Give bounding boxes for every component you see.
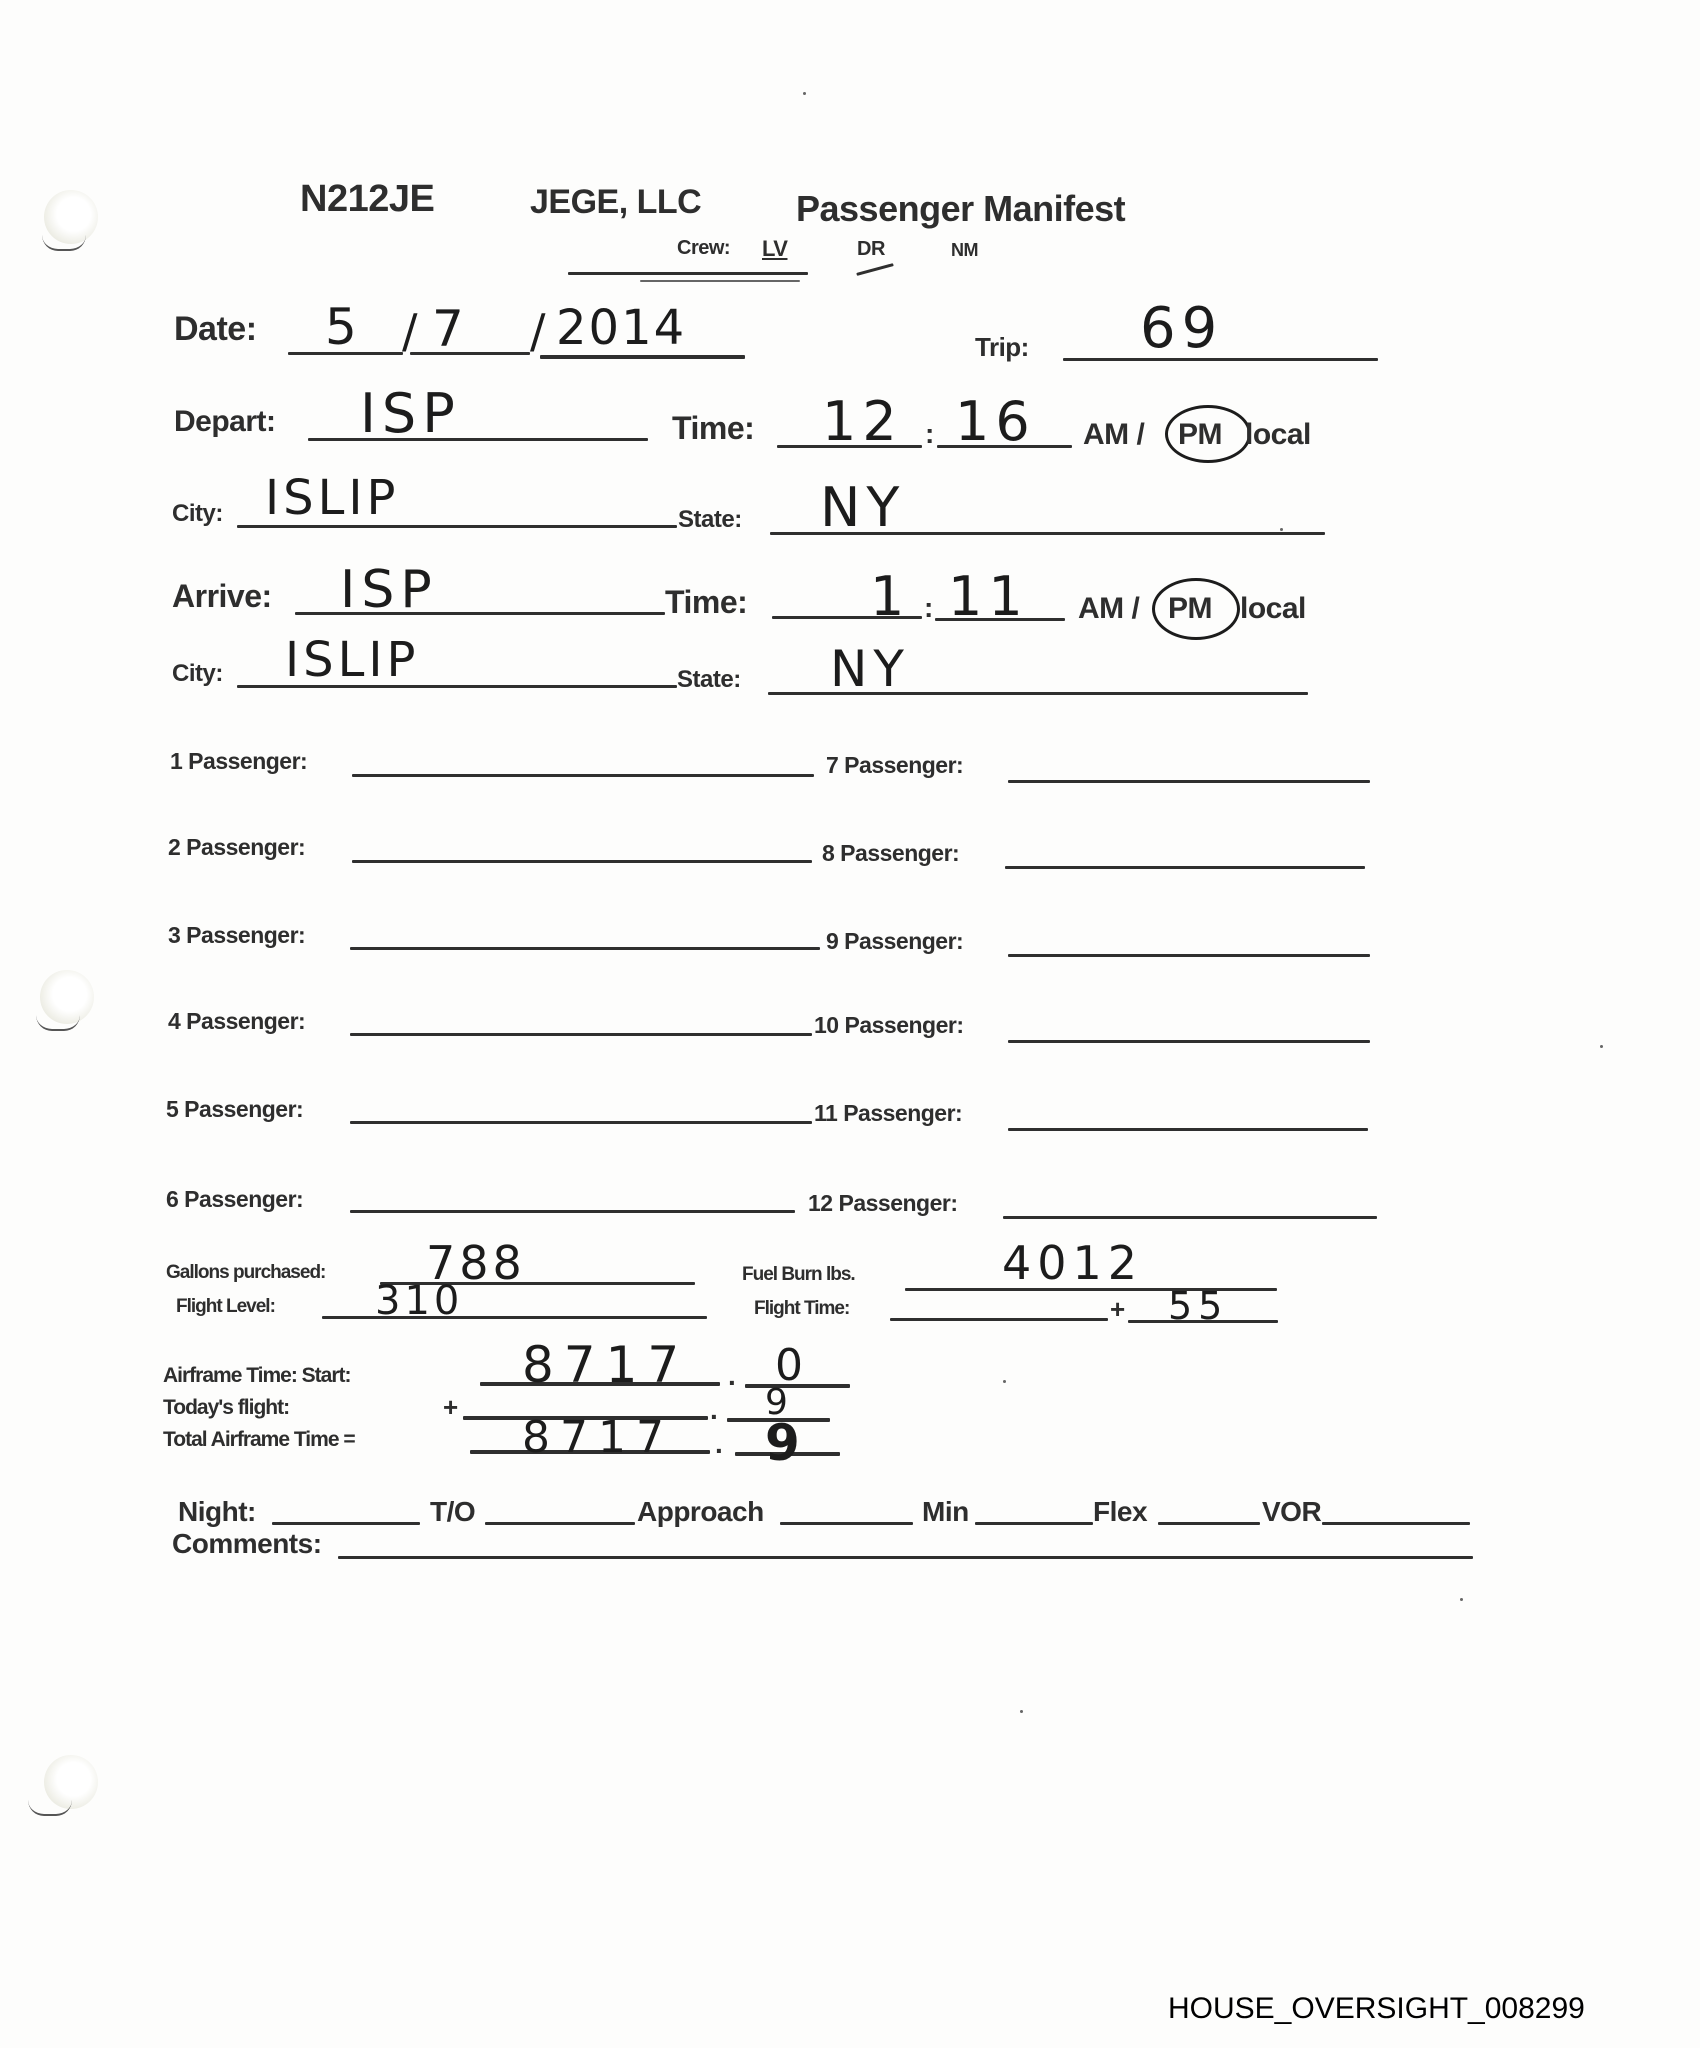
date-day-line: [410, 352, 530, 355]
passenger-1-label: 1 Passenger:: [170, 748, 307, 775]
flex-label: Flex: [1093, 1496, 1147, 1528]
crew-member-2: DR: [857, 238, 885, 261]
date-separator: /: [530, 304, 552, 358]
date-month-value: 5: [325, 298, 363, 356]
depart-value: ISP: [360, 382, 461, 445]
scan-speck: [1003, 1380, 1006, 1383]
passenger-1-field[interactable]: [352, 774, 814, 777]
arrive-time-colon: :: [924, 592, 933, 624]
passenger-9-label: 9 Passenger:: [826, 928, 963, 955]
trip-label: Trip:: [975, 332, 1029, 363]
arrive-time-label: Time:: [665, 584, 747, 621]
flight-time-hours-line: [890, 1318, 1108, 1321]
passenger-5-field[interactable]: [350, 1121, 812, 1124]
passenger-2-field[interactable]: [352, 860, 812, 863]
crew-check-mark: [856, 263, 893, 276]
passenger-2-label: 2 Passenger:: [168, 834, 305, 861]
todays-flight-label: Today's flight:: [163, 1396, 289, 1420]
crew-label: Crew:: [677, 237, 730, 260]
night-label: Night:: [178, 1496, 256, 1528]
fuel-burn-label: Fuel Burn lbs.: [742, 1264, 855, 1286]
arrive-city-label: City:: [172, 660, 223, 688]
arrive-am-option: AM /: [1078, 592, 1139, 626]
takeoff-label: T/O: [430, 1496, 475, 1528]
depart-state-value: NY: [820, 476, 905, 539]
night-field[interactable]: [272, 1522, 420, 1525]
passenger-6-field[interactable]: [350, 1210, 795, 1213]
gallons-label: Gallons purchased:: [166, 1262, 325, 1284]
passenger-11-field[interactable]: [1008, 1128, 1368, 1131]
depart-line: [308, 438, 648, 441]
depart-city-label: City:: [172, 500, 223, 528]
manifest-page: N212JE JEGE, LLC Passenger Manifest Crew…: [0, 0, 1700, 2048]
scan-speck: [1280, 528, 1283, 531]
arrive-state-value: NY: [830, 640, 910, 698]
arrive-minute-value: 11: [948, 565, 1029, 628]
airframe-start-whole-value: 8717: [522, 1336, 689, 1394]
depart-time-colon: :: [925, 418, 934, 450]
passenger-4-field[interactable]: [350, 1033, 812, 1036]
passenger-6-label: 6 Passenger:: [166, 1186, 303, 1213]
arrive-city-value: ISLIP: [285, 632, 419, 688]
scan-speck: [1460, 1598, 1463, 1601]
passenger-10-field[interactable]: [1008, 1040, 1370, 1043]
airframe-start-decimal: .: [728, 1360, 735, 1392]
approach-field[interactable]: [780, 1522, 913, 1525]
airframe-start-label: Airframe Time: Start:: [163, 1364, 351, 1388]
passenger-12-label: 12 Passenger:: [808, 1190, 957, 1217]
flight-time-minutes-value: 55: [1168, 1284, 1228, 1328]
flex-field[interactable]: [1158, 1522, 1260, 1525]
passenger-8-field[interactable]: [1005, 866, 1365, 869]
flight-level-label: Flight Level:: [176, 1296, 275, 1318]
hole-punch-shadow: [42, 235, 86, 251]
todays-flight-plus: +: [443, 1392, 458, 1423]
scan-speck: [1600, 1045, 1603, 1048]
passenger-3-field[interactable]: [350, 947, 820, 950]
depart-label: Depart:: [174, 405, 276, 439]
fuel-burn-value: 4012: [1002, 1236, 1143, 1290]
depart-time-label: Time:: [672, 410, 754, 447]
depart-minute-value: 16: [955, 390, 1036, 453]
depart-am-option: AM /: [1083, 418, 1144, 452]
vor-field[interactable]: [1322, 1522, 1470, 1525]
passenger-3-label: 3 Passenger:: [168, 922, 305, 949]
crew-member-3: NM: [951, 240, 978, 261]
takeoff-field[interactable]: [485, 1522, 635, 1525]
flight-level-value: 310: [375, 1278, 463, 1324]
bates-number: HOUSE_OVERSIGHT_008299: [1168, 1992, 1585, 2026]
depart-hour-value: 12: [822, 390, 903, 453]
passenger-4-label: 4 Passenger:: [168, 1008, 305, 1035]
passenger-8-label: 8 Passenger:: [822, 840, 959, 867]
depart-city-value: ISLIP: [265, 470, 399, 526]
min-label: Min: [922, 1496, 969, 1528]
passenger-10-label: 10 Passenger:: [814, 1012, 963, 1039]
page-title: Passenger Manifest: [796, 188, 1125, 230]
crew-member-1: LV: [762, 236, 787, 262]
arrive-state-label: State:: [677, 666, 741, 694]
header-rule-2: [640, 280, 800, 282]
min-field[interactable]: [975, 1522, 1093, 1525]
tail-number: N212JE: [300, 178, 434, 221]
date-day-value: 7: [432, 300, 470, 358]
total-airframe-label: Total Airframe Time =: [163, 1428, 355, 1452]
date-label: Date:: [174, 310, 257, 349]
comments-field[interactable]: [338, 1556, 1473, 1559]
todays-flight-decimal: .: [710, 1394, 717, 1426]
trip-value: 69: [1140, 296, 1223, 361]
comments-label: Comments:: [172, 1528, 322, 1560]
date-year-value: 2014: [556, 300, 686, 356]
vor-label: VOR: [1262, 1496, 1321, 1528]
approach-label: Approach: [637, 1496, 764, 1528]
scan-speck: [1020, 1710, 1023, 1713]
passenger-7-field[interactable]: [1008, 780, 1370, 783]
date-separator: /: [402, 304, 424, 358]
passenger-7-label: 7 Passenger:: [826, 752, 963, 779]
passenger-11-label: 11 Passenger:: [814, 1100, 962, 1127]
arrive-value: ISP: [340, 560, 438, 620]
hole-punch-shadow: [28, 1800, 72, 1816]
flight-time-label: Flight Time:: [754, 1298, 849, 1320]
passenger-9-field[interactable]: [1008, 954, 1370, 957]
total-airframe-whole-value: 8717: [522, 1412, 674, 1463]
depart-state-label: State:: [678, 506, 742, 534]
company-name: JEGE, LLC: [530, 183, 701, 222]
hole-punch-shadow: [36, 1015, 80, 1031]
depart-pm-circle: [1165, 405, 1251, 463]
depart-local-label: local: [1245, 418, 1311, 452]
passenger-5-label: 5 Passenger:: [166, 1096, 303, 1123]
arrive-local-label: local: [1240, 592, 1306, 626]
total-airframe-tenth-value: 9: [765, 1414, 806, 1472]
arrive-pm-circle: [1152, 578, 1240, 640]
header-rule: [568, 272, 808, 275]
passenger-12-field[interactable]: [1003, 1216, 1377, 1219]
scan-speck: [803, 92, 806, 95]
arrive-hour-value: 1: [870, 565, 910, 628]
flight-time-plus: +: [1110, 1294, 1125, 1325]
total-airframe-decimal: .: [715, 1428, 722, 1460]
arrive-label: Arrive:: [172, 578, 272, 615]
